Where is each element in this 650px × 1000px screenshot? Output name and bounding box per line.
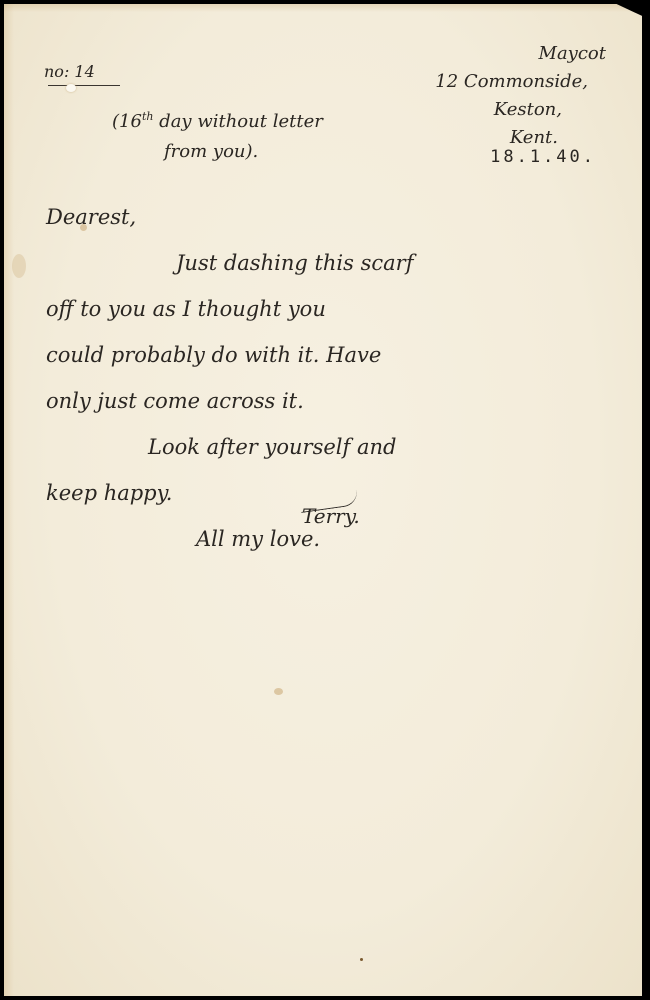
letter-number: no: 14 (44, 62, 95, 81)
address-line-1: Maycot (435, 40, 606, 68)
letter-number-underline (48, 85, 120, 86)
address-line-2: 12 Commonside, (435, 68, 588, 96)
paper-speck (360, 958, 363, 961)
note-line-2: from you). (112, 137, 323, 167)
body-line: only just come across it. (46, 378, 413, 424)
note-line-1: day without letter (153, 111, 322, 132)
address-line-3: Keston, (435, 96, 562, 124)
punch-hole (66, 84, 76, 92)
body-line: off to you as I thought you (46, 286, 413, 332)
signature: Terry. (302, 504, 360, 528)
body-line: Look after yourself and (46, 424, 413, 470)
letter-date: 18.1.40. (490, 147, 596, 167)
salutation: Dearest, (46, 194, 413, 240)
sender-address: Maycot 12 Commonside, Keston, Kent. (435, 40, 606, 152)
body-line: could probably do with it. Have (46, 332, 413, 378)
paper-stain (12, 254, 26, 278)
paper-stain (274, 688, 283, 695)
note-day-suffix: th (142, 110, 154, 123)
body-line: Just dashing this scarf (46, 240, 413, 286)
note-no-letter: (16th day without letter from you). (112, 102, 323, 167)
letter-paper: no: 14 (16th day without letter from you… (4, 4, 642, 996)
note-day-number: 16 (119, 111, 142, 132)
